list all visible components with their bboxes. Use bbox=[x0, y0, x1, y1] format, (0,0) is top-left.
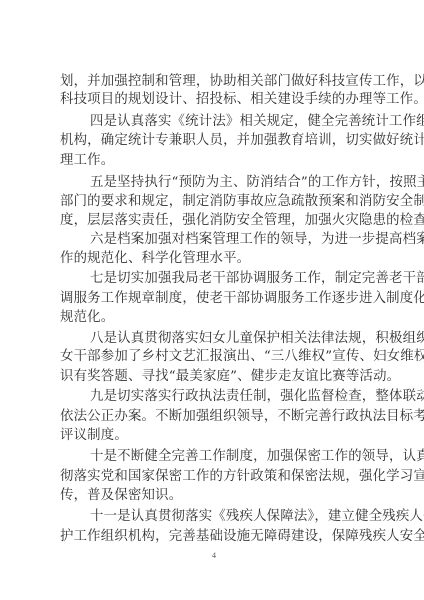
text-line: 规范化。 bbox=[60, 309, 376, 327]
text-line: 调服务工作规章制度，使老干部协调服务工作逐步进入制度化、 bbox=[60, 290, 376, 308]
text-line: 护工作组织机构，完善基础设施无障碍建设，保障残疾人安全通 bbox=[60, 528, 376, 546]
text-line: 依法公正办案。不断加强组织领导，不断完善行政执法目标考核 bbox=[60, 408, 376, 426]
text-line: 机构，确定统计专兼职人员，并加强教育培训，切实做好统计管 bbox=[60, 132, 376, 150]
text-line: 识有奖答题、寻找“最美家庭”、健步走友谊比赛等活动。 bbox=[60, 368, 376, 386]
text-line: 五是坚持执行“预防为主、防消结合”的工作方针，按照主管 bbox=[90, 174, 376, 192]
text-line: 评议制度。 bbox=[60, 427, 376, 445]
text-line: 四是认真落实《统计法》相关规定，健全完善统计工作组织 bbox=[90, 113, 376, 131]
text-line: 传，普及保密知识。 bbox=[60, 487, 376, 505]
text-line: 六是档案加强对档案管理工作的领导，为进一步提高档案工 bbox=[90, 231, 376, 249]
text-line: 十一是认真贯彻落实《残疾人保障法》，建立健全残疾人保 bbox=[90, 508, 376, 526]
text-line: 部门的要求和规定，制定消防事故应急疏散预案和消防安全制 bbox=[60, 193, 376, 211]
document-page: 划，并加强控制和管理，协助相关部门做好科技宣传工作，以及科技项目的规划设计、招投… bbox=[0, 0, 424, 600]
page-number: 4 bbox=[208, 551, 220, 560]
text-line: 七是切实加强我局老干部协调服务工作，制定完善老干部协 bbox=[90, 270, 376, 288]
text-line: 九是切实落实行政执法责任制，强化监督检查，整体联动， bbox=[90, 388, 376, 406]
text-line: 理工作。 bbox=[60, 152, 376, 170]
text-line: 八是认真贯彻落实妇女儿童保护相关法律法规，积极组织妇 bbox=[90, 330, 376, 348]
text-line: 十是不断健全完善工作制度，加强保密工作的领导，认真贯 bbox=[90, 448, 376, 466]
text-line: 作的规范化、科学化管理水平。 bbox=[60, 250, 376, 268]
text-line: 科技项目的规划设计、招投标、相关建设手续的办理等工作。 bbox=[60, 91, 376, 109]
text-line: 女干部参加了乡村文艺汇报演出、“三八维权”宣传、妇女维权知 bbox=[60, 348, 376, 366]
text-line: 彻落实党和国家保密工作的方针政策和保密法规，强化学习宣 bbox=[60, 468, 376, 486]
text-line: 度，层层落实责任，强化消防安全管理，加强火灾隐患的检查 bbox=[60, 212, 376, 230]
text-line: 划，并加强控制和管理，协助相关部门做好科技宣传工作，以及 bbox=[60, 73, 376, 91]
